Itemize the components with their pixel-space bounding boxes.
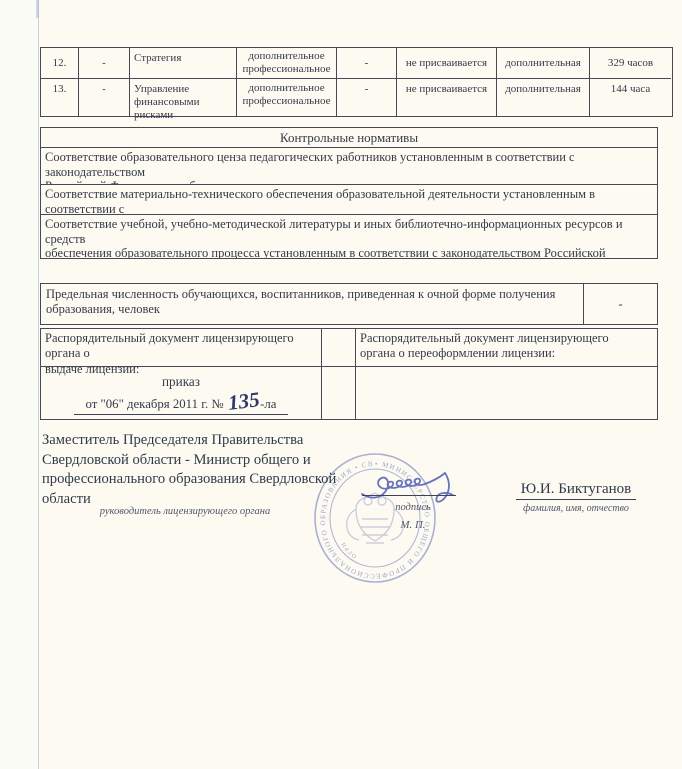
table-cell: - [79,79,130,116]
control-standard-row: Соответствие материально-технического об… [41,185,657,215]
handwritten-order-number: 135 [227,391,260,411]
control-standards-title: Контрольные нормативы [41,128,657,148]
page-fold-mark [36,0,39,18]
empty-cell [322,367,356,419]
table-cell: не присваивается [397,79,497,116]
signature-caption: подпись [368,502,458,513]
signature-line [362,495,456,496]
scanned-license-page: { "program_table": { "rows": [ ["12.", "… [0,0,682,769]
order-number-suffix: -ла [260,397,276,412]
seal-place-caption: М. П. [368,519,458,531]
issue-order-details: приказ от "06" декабря 2011 г. № 135 -ла [41,367,322,419]
license-issue-order-label: Распорядительный документ лицензирующего… [41,329,322,366]
license-reissue-order-label: Распорядительный документ лицензирующего… [356,329,657,366]
table-cell: дополнительное профессиональное [237,48,337,79]
signatory-name: Ю.И. Биктуганов [516,481,636,500]
table-cell: - [337,79,397,116]
max-enrollment-table: Предельная численность обучающихся, восп… [40,283,658,325]
stamp-inner-text: ОГРН [340,540,358,559]
official-title: Заместитель Председателя Правительства С… [42,431,376,509]
table-cell: не присваивается [397,48,497,79]
order-word: приказ [41,374,321,390]
max-enrollment-value: - [584,284,657,324]
order-date-line: от "06" декабря 2011 г. № 135 -ла [74,393,289,415]
table-cell: Стратегия [130,48,237,79]
table-cell: 13. [41,79,79,116]
table-cell: 329 часов [590,48,671,79]
control-standards-table: Контрольные нормативы Соответствие образ… [40,127,658,259]
control-standard-row: Соответствие учебной, учебно-методическо… [41,215,657,258]
program-table: 12. - Стратегия дополнительное профессио… [40,47,673,117]
page-fold-margin [0,0,39,769]
official-title-caption: руководитель лицензирующего органа [50,506,320,517]
reissue-order-details-empty [356,367,657,419]
empty-cell [322,329,356,366]
table-cell: - [337,48,397,79]
signatory-name-caption: фамилия, имя, отчество [516,503,636,514]
table-cell: дополнительная [497,48,590,79]
order-documents-table: Распорядительный документ лицензирующего… [40,328,658,420]
table-cell: - [79,48,130,79]
max-enrollment-label: Предельная численность обучающихся, восп… [41,284,584,324]
control-standard-row: Соответствие образовательного ценза педа… [41,148,657,185]
table-cell: 144 часа [590,79,671,116]
svg-text:ОГРН: ОГРН [340,540,358,559]
order-date-prefix: от "06" декабря 2011 г. № [86,397,224,412]
table-cell: дополнительная [497,79,590,116]
table-cell: дополнительное профессиональное [237,79,337,116]
table-cell: Управление финансовыми рисками [130,79,237,116]
table-cell: 12. [41,48,79,79]
